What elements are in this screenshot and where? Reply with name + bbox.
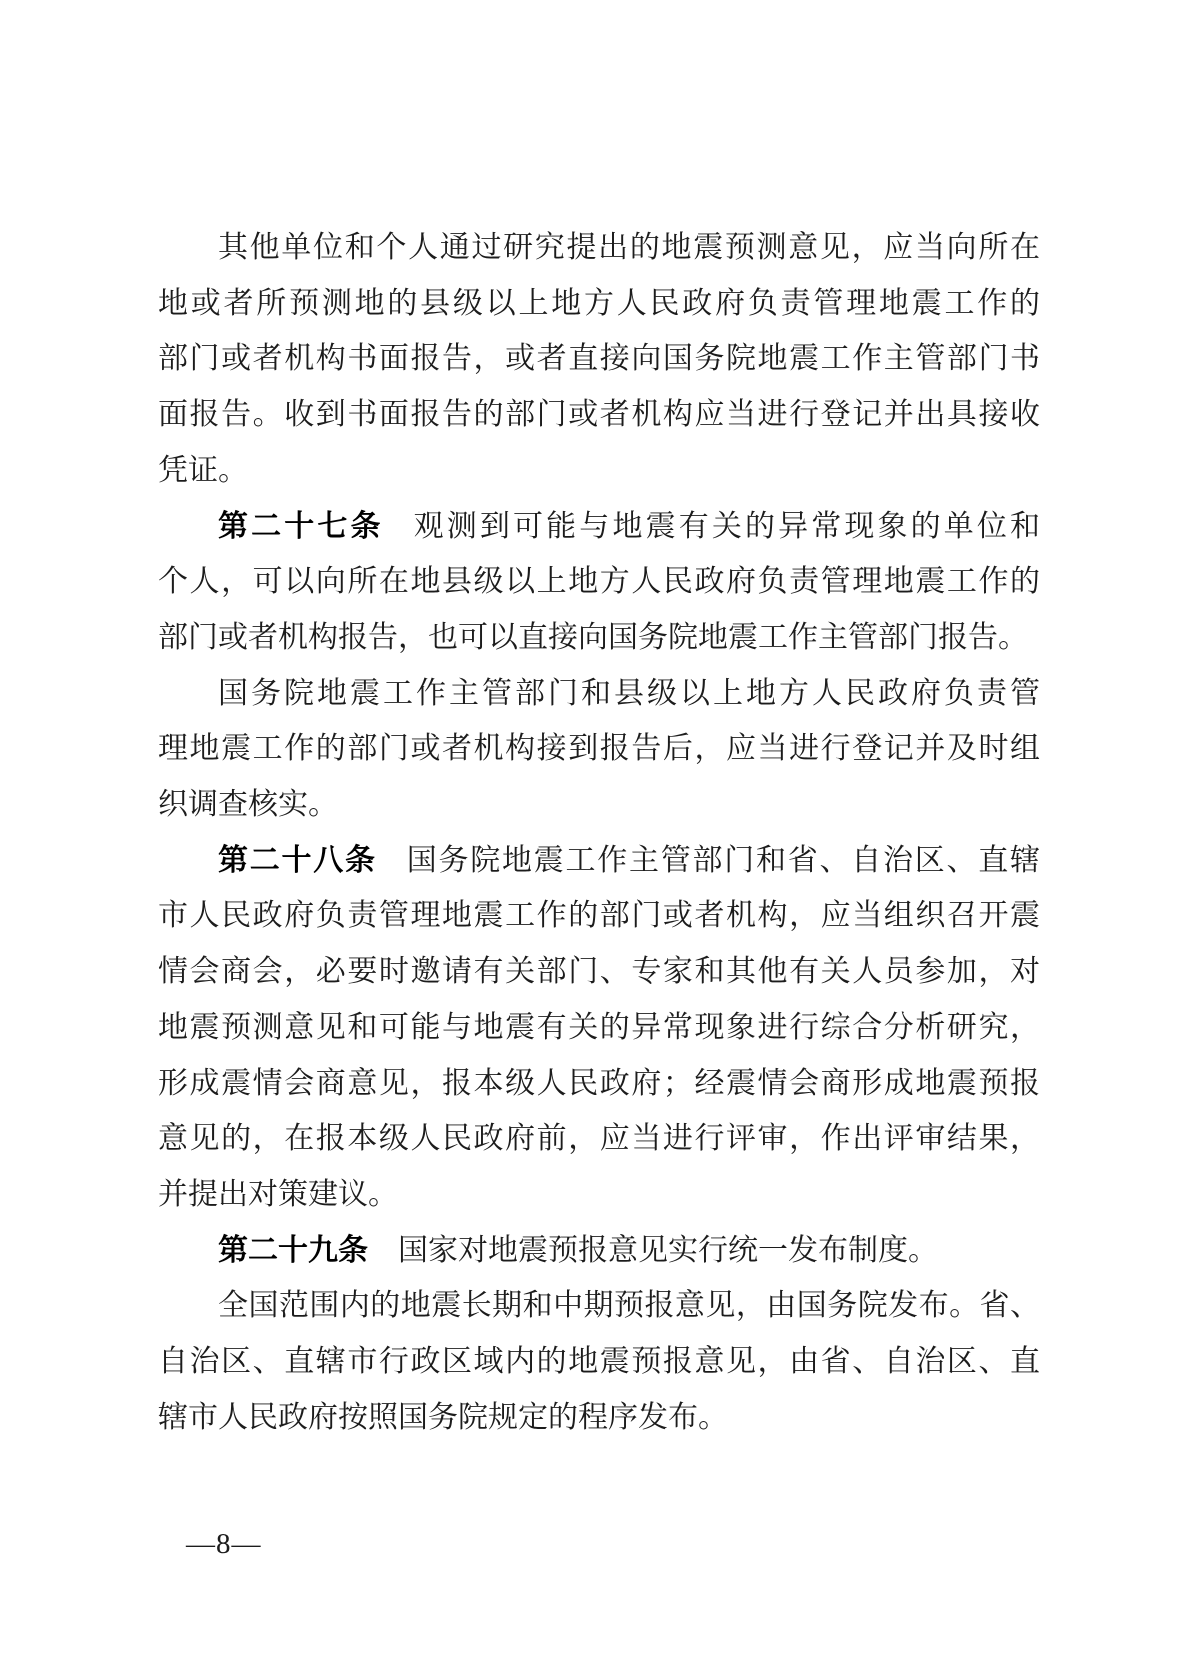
text-line: 织调查核实。 xyxy=(158,777,1040,833)
article-first-line-text: 国家对地震预报意见实行统一发布制度。 xyxy=(398,1234,938,1267)
document-body: 其他单位和个人通过研究提出的地震预测意见，应当向所在地或者所预测地的县级以上地方… xyxy=(158,220,1040,1445)
text-line: 理地震工作的部门或者机构接到报告后，应当进行登记并及时组 xyxy=(158,721,1040,777)
text-line: 部门或者机构书面报告，或者直接向国务院地震工作主管部门书 xyxy=(158,331,1040,387)
body-paragraph: 其他单位和个人通过研究提出的地震预测意见，应当向所在地或者所预测地的县级以上地方… xyxy=(158,220,1040,499)
article-paragraph: 第二十八条国务院地震工作主管部门和省、自治区、直辖市人民政府负责管理地震工作的部… xyxy=(158,833,1040,1223)
text-line: 部门或者机构报告，也可以直接向国务院地震工作主管部门报告。 xyxy=(158,610,1040,666)
text-line: 地震预测意见和可能与地震有关的异常现象进行综合分析研究， xyxy=(158,1000,1040,1056)
article-number: 第二十七条 xyxy=(218,510,384,543)
text-line: 意见的，在报本级人民政府前，应当进行评审，作出评审结果， xyxy=(158,1111,1040,1167)
article-number: 第二十八条 xyxy=(218,844,377,877)
text-line: 国务院地震工作主管部门和县级以上地方人民政府负责管 xyxy=(158,666,1040,722)
body-paragraph: 国务院地震工作主管部门和县级以上地方人民政府负责管理地震工作的部门或者机构接到报… xyxy=(158,666,1040,833)
article-paragraph: 第二十九条国家对地震预报意见实行统一发布制度。 xyxy=(158,1223,1040,1279)
text-line: 面报告。收到书面报告的部门或者机构应当进行登记并出具接收 xyxy=(158,387,1040,443)
text-line: 情会商会，必要时邀请有关部门、专家和其他有关人员参加，对 xyxy=(158,944,1040,1000)
text-line: 自治区、直辖市行政区域内的地震预报意见，由省、自治区、直 xyxy=(158,1334,1040,1390)
text-line: 形成震情会商意见，报本级人民政府；经震情会商形成地震预报 xyxy=(158,1056,1040,1112)
page-number: —8— xyxy=(186,1527,262,1561)
text-line: 第二十七条观测到可能与地震有关的异常现象的单位和 xyxy=(158,499,1040,555)
body-paragraph: 全国范围内的地震长期和中期预报意见，由国务院发布。省、自治区、直辖市行政区域内的… xyxy=(158,1278,1040,1445)
text-line: 第二十九条国家对地震预报意见实行统一发布制度。 xyxy=(158,1223,1040,1279)
document-page: 其他单位和个人通过研究提出的地震预测意见，应当向所在地或者所预测地的县级以上地方… xyxy=(0,0,1185,1678)
text-line: 全国范围内的地震长期和中期预报意见，由国务院发布。省、 xyxy=(158,1278,1040,1334)
text-line: 个人，可以向所在地县级以上地方人民政府负责管理地震工作的 xyxy=(158,554,1040,610)
text-line: 并提出对策建议。 xyxy=(158,1167,1040,1223)
text-line: 辖市人民政府按照国务院规定的程序发布。 xyxy=(158,1390,1040,1446)
text-line: 其他单位和个人通过研究提出的地震预测意见，应当向所在 xyxy=(158,220,1040,276)
article-paragraph: 第二十七条观测到可能与地震有关的异常现象的单位和个人，可以向所在地县级以上地方人… xyxy=(158,499,1040,666)
text-line: 第二十八条国务院地震工作主管部门和省、自治区、直辖 xyxy=(158,833,1040,889)
text-line: 市人民政府负责管理地震工作的部门或者机构，应当组织召开震 xyxy=(158,888,1040,944)
article-number: 第二十九条 xyxy=(218,1234,368,1267)
text-line: 凭证。 xyxy=(158,443,1040,499)
text-line: 地或者所预测地的县级以上地方人民政府负责管理地震工作的 xyxy=(158,276,1040,332)
article-first-line-text: 观测到可能与地震有关的异常现象的单位和 xyxy=(414,510,1040,543)
article-first-line-text: 国务院地震工作主管部门和省、自治区、直辖 xyxy=(407,844,1040,877)
